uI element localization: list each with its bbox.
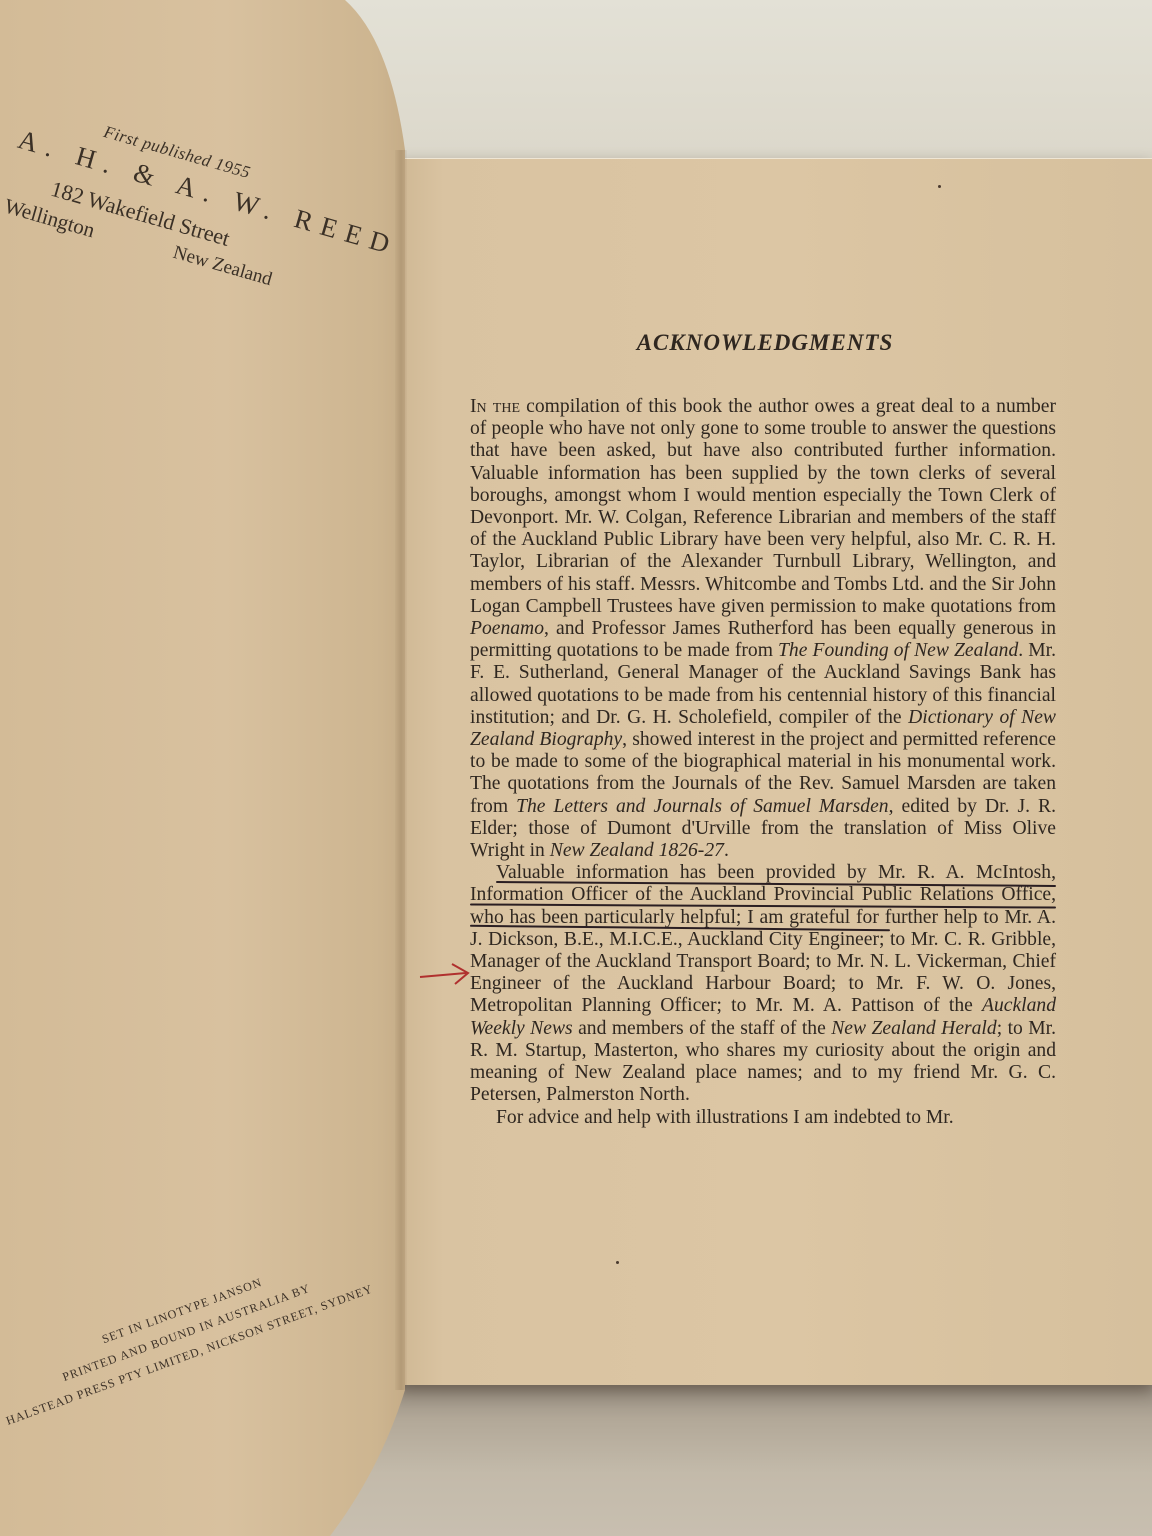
book-title: Poenamo [470, 618, 544, 639]
paper-speck [616, 1261, 619, 1264]
book-spine-gutter [395, 150, 407, 1390]
book-title: The Letters and Journals of Samuel Marsd… [516, 796, 888, 817]
body-text: and members of the staff of the [573, 1018, 832, 1039]
paper-speck [938, 185, 941, 188]
body-text: For advice and help with illustrations I… [496, 1107, 954, 1128]
paragraph-1: In the compilation of this book the auth… [470, 396, 1056, 862]
book-title: The Founding of New Zealand [778, 640, 1018, 661]
body-text: compilation of this book the author owes… [470, 396, 1056, 617]
photo-scene: First published 1955 A. H. & A. W. REED … [0, 0, 1152, 1536]
newspaper-title: New Zealand Herald [831, 1018, 996, 1039]
body-text: . [724, 840, 729, 861]
acknowledgments-section: ACKNOWLEDGMENTS In the compilation of th… [470, 330, 1056, 1129]
red-arrow-icon [418, 960, 474, 988]
lead-in-smallcaps: In the [470, 396, 520, 417]
book-title: New Zealand 1826-27 [550, 840, 724, 861]
paragraph-3: For advice and help with illustrations I… [470, 1107, 1056, 1129]
paragraph-2: Valuable information has been provided b… [470, 862, 1056, 1106]
page-title: ACKNOWLEDGMENTS [470, 330, 1056, 356]
